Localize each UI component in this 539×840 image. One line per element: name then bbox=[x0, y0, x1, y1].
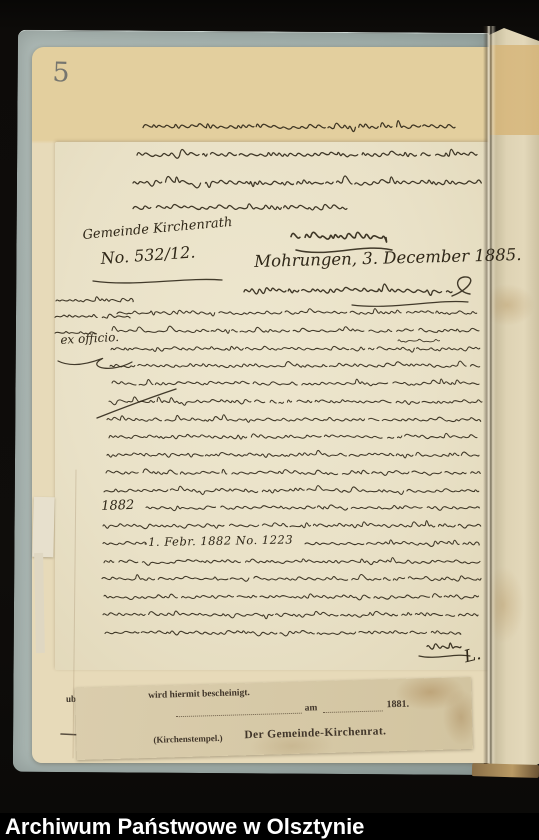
form-council-label: Der Gemeinde-Kirchenrat. bbox=[244, 725, 386, 741]
archive-caption-bar: Archiwum Państwowe w Olsztynie bbox=[0, 813, 539, 840]
body-fragment-reference: 1. Febr. 1882 No. 1223 bbox=[148, 532, 293, 549]
form-stamp-label: (Kirchenstempel.) bbox=[153, 733, 222, 745]
letter-sheet bbox=[55, 142, 489, 670]
form-leader-line-1 bbox=[176, 712, 302, 718]
pencil-folio-number: 5 bbox=[52, 57, 70, 89]
archive-photo-page: 5 Gemeinde Kirchenrath No. 532/12. Mohru… bbox=[0, 0, 539, 840]
tape-fragment bbox=[32, 497, 55, 558]
form-certify-text: wird hiermit bescheinigt. bbox=[148, 688, 250, 701]
photo-area: 5 Gemeinde Kirchenrath No. 532/12. Mohru… bbox=[0, 0, 539, 813]
page-curl-edge bbox=[472, 763, 539, 778]
archive-caption-text: Archiwum Państwowe w Olsztynie bbox=[0, 813, 539, 840]
body-fragment-year: 1882 bbox=[101, 498, 135, 514]
tape-fragment bbox=[34, 553, 45, 653]
form-leader-line-2 bbox=[323, 709, 383, 713]
form-am-label: am bbox=[305, 703, 318, 713]
adjacent-page-edge bbox=[489, 25, 539, 775]
form-year-text: 1881. bbox=[386, 699, 409, 711]
printed-form: wird hiermit bescheinigt. am 1881. (Kirc… bbox=[75, 677, 473, 760]
